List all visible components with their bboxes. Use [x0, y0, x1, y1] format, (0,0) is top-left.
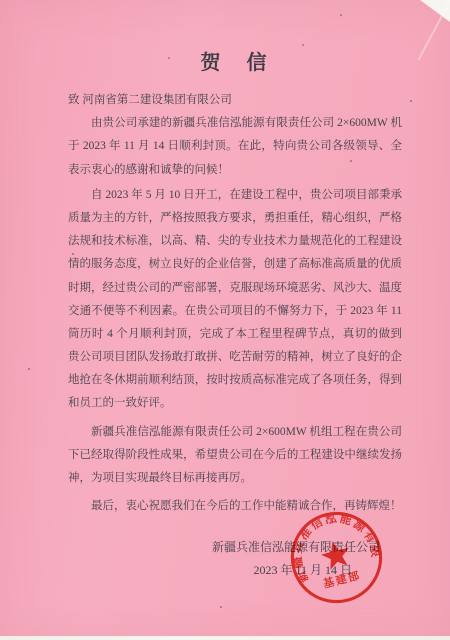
scan-speck [72, 253, 74, 255]
letter-line: 神，为项目实现最终目标再接再厉。 [68, 467, 402, 490]
letter-line: 表示衷心的感谢和诚挚的问候！ [68, 159, 402, 182]
letter-line: 于 2023 年 11 月 14 日顺利封顶。在此，特向贵公司各级领导、全体参建… [68, 135, 402, 158]
scan-speck [410, 100, 412, 102]
scan-speck [350, 160, 352, 162]
letter-line: 和员工的一致好评。 [68, 392, 402, 415]
letter-line: 筒历时 4 个月顺利封顶，完成了本工程里程碑节点，真切的做到了“信发第一囱”。 [68, 323, 402, 346]
scan-speck [168, 57, 170, 59]
letter-line: 交通不便等不利因素。在贵公司项目的不懈努力下，于 2023 年 11 月 14 … [68, 300, 402, 323]
letter-line: 自 2023 年 5 月 10 日开工，在建设工程中，贵公司项目部秉承着安全第一… [68, 184, 402, 207]
letter-line: 贵公司项目团队发扬敢打敢拼、吃苦耐劳的精神，树立了良好的企业形象，成功 [68, 346, 402, 369]
letter-line: 情的服务态度，树立良好的企业信誉，创建了高标准高质量的优质工程。在施工 [68, 253, 402, 276]
scan-speck [302, 44, 304, 46]
letter-line: 新疆兵准信泓能源有限责任公司 2×600MW 机组工程在贵公司的不懈努力 [68, 421, 402, 444]
scan-edge [0, 636, 450, 640]
letter-title: 贺 信 [68, 50, 402, 76]
letter-line: 质量为主的方针，严格按照我方要求，勇担重任，精心组织，严格执行建设行政 [68, 207, 402, 230]
letter-line: 地抢在冬休期前顺利结顶，按时按质高标准完成了各项任务，得到了我公司领导 [68, 369, 402, 392]
letter-page: 贺 信 致 河南省第二建设集团有限公司 由贵公司承建的新疆兵准信泓能源有限责任公… [0, 0, 450, 640]
letter-line: 法规和技术标准，以高、精、尖的专业技术力量规范化的工程建设程序，真诚热 [68, 230, 402, 253]
seal-department: 基建部 [322, 568, 363, 591]
letter-line: 下已经取得阶段性成果，希望贵公司在今后的工程建设中继续发扬优良的工匠精 [68, 444, 402, 467]
red-star-icon [319, 538, 353, 571]
letter-line: 时期，经过贵公司的严密部署，克服现场环境恶劣、风沙大、温度高、地域偏、 [68, 277, 402, 300]
salutation: 致 河南省第二建设集团有限公司 [68, 89, 402, 112]
letter-body: 致 河南省第二建设集团有限公司 由贵公司承建的新疆兵准信泓能源有限责任公司 2×… [68, 89, 402, 518]
scan-speck [28, 368, 30, 370]
scan-speck [340, 14, 342, 16]
letter-line: 由贵公司承建的新疆兵准信泓能源有限责任公司 2×600MW 机组烟囱工程 [68, 112, 402, 135]
scan-speck [220, 606, 222, 608]
